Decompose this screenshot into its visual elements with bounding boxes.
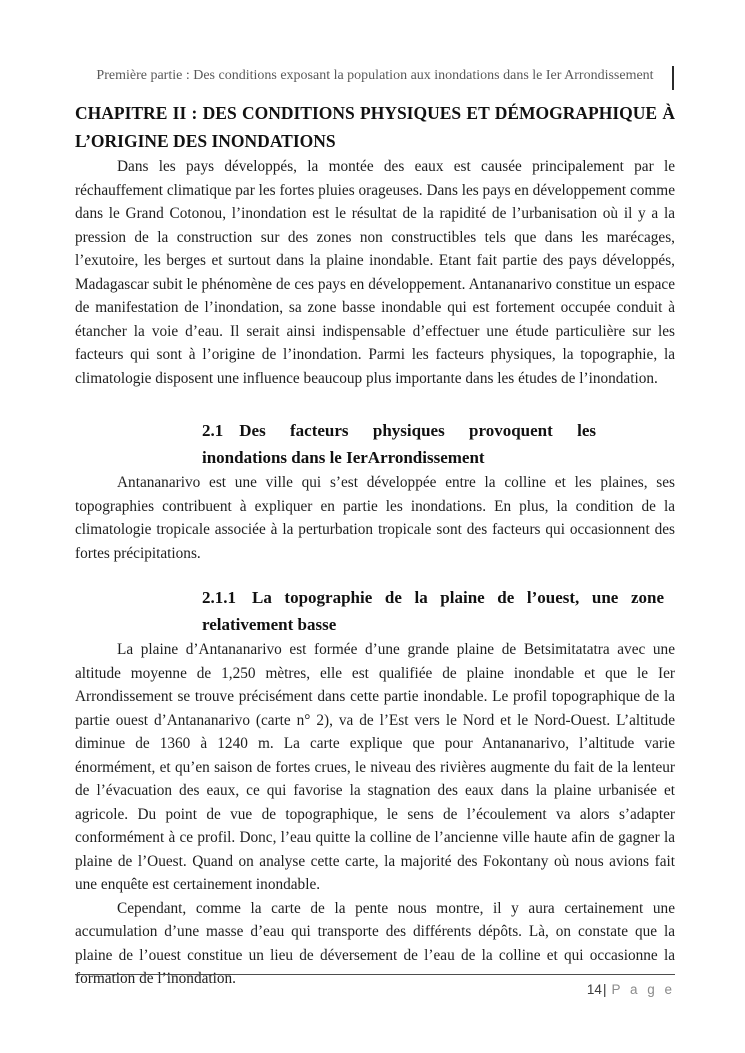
paragraph-topography: La plaine d’Antananarivo est formée d’un… — [75, 638, 675, 897]
section-title-2-1: Des facteurs physiques provoquent les in… — [202, 421, 596, 467]
paragraph-intro: Dans les pays développés, la montée des … — [75, 155, 675, 390]
section-title-2-1-1: La topographie de la plaine de l’ouest, … — [202, 588, 664, 634]
section-heading-2-1: 2.1Des facteurs physiques provoquent les… — [202, 417, 596, 471]
page-number: 14 — [587, 982, 603, 997]
running-header: Première partie : Des conditions exposan… — [75, 64, 675, 88]
paragraph-section-2-1: Antananarivo est une ville qui s’est dév… — [75, 471, 675, 565]
section-heading-2-1-1: 2.1.1La topographie de la plaine de l’ou… — [202, 584, 664, 638]
page-word: P a g e — [611, 982, 675, 997]
section-number-2-1: 2.1 — [202, 421, 239, 440]
paragraph-conclusion: Cependant, comme la carte de la pente no… — [75, 897, 675, 991]
footer-divider — [75, 974, 675, 975]
chapter-title: CHAPITRE II : DES CONDITIONS PHYSIQUES E… — [75, 99, 675, 155]
header-separator-bar — [672, 66, 674, 90]
page-footer: 14|P a g e — [75, 980, 675, 1000]
section-number-2-1-1: 2.1.1 — [202, 588, 252, 607]
document-page: Première partie : Des conditions exposan… — [0, 0, 745, 1053]
